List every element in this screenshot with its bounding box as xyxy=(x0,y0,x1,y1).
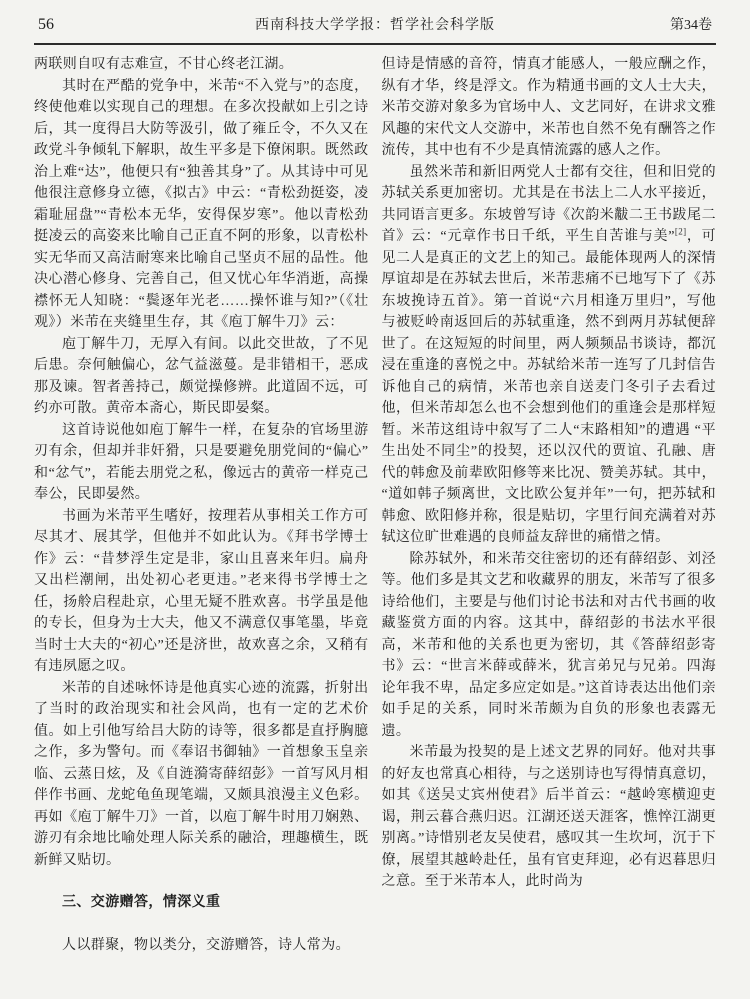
paragraph-text: ，可见二人是真正的文艺上的知己。最能体现两人的深情厚谊却是在苏轼去世后，米芾悲痛… xyxy=(382,229,717,545)
right-column: 但诗是情感的音符，情真才能感人，一般应酬之作，纵有才华，终是浮文。作为精通书画的… xyxy=(382,54,717,956)
text-columns: 两联则自叹有志难宣，不甘心终老江湖。 其时在严酷的党争中，米芾“不入党与”的态度… xyxy=(34,54,716,956)
paragraph: 除苏轼外，和米芾交往密切的还有薛绍彭、刘泾等。他们多是其文艺和收藏界的朋友，米芾… xyxy=(382,549,717,743)
paragraph: 虽然米芾和新旧两党人士都有交往，但和旧党的苏轼关系更加密切。尤其是在书法上二人水… xyxy=(382,162,717,549)
volume-label: 第34卷 xyxy=(652,14,712,34)
paragraph: 书画为米芾平生嗜好，按理若从事相关工作方可尽其才、展其学，但他并不如此认为。《拜… xyxy=(34,506,369,678)
section-heading: 三、交游赠答，情深义重 xyxy=(34,892,369,914)
paragraph: 其时在严酷的党争中，米芾“不入党与”的态度，终使他难以实现自己的理想。在多次投献… xyxy=(34,76,369,334)
header-rule xyxy=(34,43,716,45)
page-number: 56 xyxy=(38,16,98,34)
journal-title: 西南科技大学学报：哲学社会科学版 xyxy=(98,14,652,34)
paragraph: 两联则自叹有志难宣，不甘心终老江湖。 xyxy=(34,54,369,76)
paragraph: 但诗是情感的音符，情真才能感人，一般应酬之作，纵有才华，终是浮文。作为精通书画的… xyxy=(382,54,717,162)
paragraph: 这首诗说他如庖丁解牛一样，在复杂的官场里游刃有余，但却并非奸猾，只是要避免朋党间… xyxy=(34,420,369,506)
paragraph: 米芾最为投契的是上述文艺界的同好。他对共事的好友也常真心相待，与之送别诗也写得情… xyxy=(382,742,717,893)
left-column: 两联则自叹有志难宣，不甘心终老江湖。 其时在严酷的党争中，米芾“不入党与”的态度… xyxy=(34,54,369,956)
citation-marker: [2] xyxy=(675,226,687,236)
paragraph: 米芾的自述咏怀诗是他真实心迹的流露，折射出了当时的政治现实和社会风尚，也有一定的… xyxy=(34,678,369,872)
page-header: 56 西南科技大学学报：哲学社会科学版 第34卷 xyxy=(34,12,716,43)
journal-page: 56 西南科技大学学报：哲学社会科学版 第34卷 两联则自叹有志难宣，不甘心终老… xyxy=(0,0,750,999)
paragraph: 人以群聚，物以类分，交游赠答，诗人常为。 xyxy=(34,935,369,957)
paragraph-text: 虽然米芾和新旧两党人士都有交往，但和旧党的苏轼关系更加密切。尤其是在书法上二人水… xyxy=(382,165,717,245)
paragraph-poem-quote: 庖丁解牛刀，无厚入有间。以此交世故，了不见后患。奈何触偏心，忿气益滋蔓。是非错相… xyxy=(34,334,369,420)
